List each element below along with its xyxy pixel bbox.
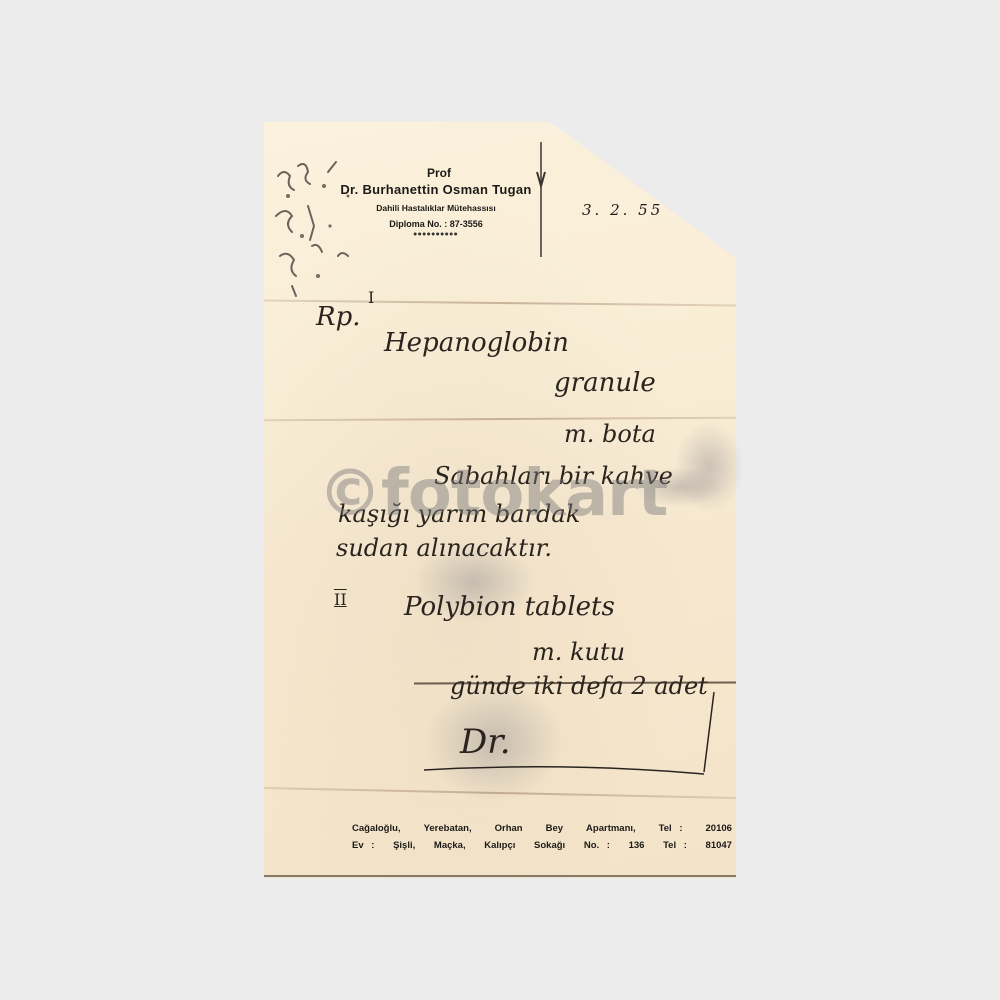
fold-line — [264, 875, 736, 877]
footer-word: Ev : — [352, 837, 374, 854]
footer-word: Bey — [546, 820, 563, 837]
footer-word: Yerebatan, — [424, 820, 472, 837]
footer-word: Maçka, — [434, 837, 466, 854]
item-1-line: kaşığı yarım bardak — [338, 500, 580, 528]
footer-home-phone: 81047 — [706, 837, 732, 854]
pen-stroke — [534, 142, 548, 262]
prescription-date: 3. 2. 55 — [582, 201, 663, 219]
item-1-line: sudan alınacaktır. — [336, 534, 552, 562]
footer-word: Şişli, — [393, 837, 415, 854]
footer-word: No. : — [584, 837, 610, 854]
item-1-line: Hepanoglobin — [384, 328, 569, 358]
footer-word: 136 — [629, 837, 645, 854]
doctor-signature: Dr. — [460, 722, 511, 762]
footer-word: Apartmanı, — [586, 820, 636, 837]
footer-word: Cağaloğlu, — [352, 820, 401, 837]
item-1-line: granule — [554, 368, 656, 398]
item-1-line: Sabahları bir kahve — [434, 462, 673, 490]
item-2-line: Polybion tablets — [404, 592, 615, 622]
footer-word: Tel : — [663, 837, 687, 854]
footer-word: Kalıpçı — [484, 837, 515, 854]
item-1-numeral: I — [368, 288, 374, 307]
document-paper: Prof Dr. Burhanettin Osman Tugan Dahili … — [264, 122, 736, 878]
footer-word: Sokağı — [534, 837, 565, 854]
item-2-line: m. kutu — [532, 638, 625, 666]
footer-office-phone: 20106 — [706, 820, 732, 837]
rx-mark: Rp. — [316, 302, 360, 332]
footer-home-address: Ev : Şişli, Maçka, Kalıpçı Sokağı No. : … — [352, 837, 732, 854]
footer-word: Tel : — [659, 820, 683, 837]
item-1-line: m. bota — [564, 420, 656, 448]
footer-word: Orhan — [495, 820, 523, 837]
item-2-numeral: II — [334, 590, 347, 609]
footer-office-address: Cağaloğlu, Yerebatan, Orhan Bey Apartman… — [352, 820, 732, 837]
letterhead-footer: Cağaloğlu, Yerebatan, Orhan Bey Apartman… — [352, 820, 732, 854]
